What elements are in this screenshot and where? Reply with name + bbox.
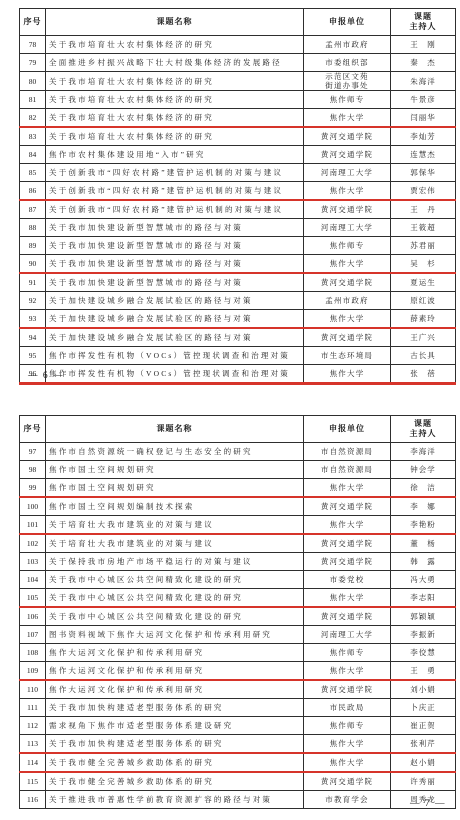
table-row: 115关于我市健全完善城乡救助体系的研究黄河交通学院许秀丽	[20, 772, 456, 791]
topics-table-page6: 序号 课题名称 申报单位 课题 主持人 78关于我市培育壮大农村集体经济的研究孟…	[19, 8, 456, 385]
page-number-7: — 7 —	[410, 799, 446, 809]
topic-leader: 原红波	[391, 292, 456, 310]
applicant-unit: 焦作大学	[304, 109, 391, 128]
row-number: 101	[20, 516, 46, 535]
row-number: 106	[20, 607, 46, 626]
table-row: 107图书资料视域下焦作大运河文化保护和传承利用研究河南理工大学李振新	[20, 626, 456, 644]
topic-title: 关于我市培育壮大农村集体经济的研究	[46, 72, 304, 91]
column-header-title: 课题名称	[46, 9, 304, 36]
table-row-red-underlined: 114关于我市健全完善城乡救助体系的研究焦作大学赵小娟	[20, 753, 456, 772]
topic-title: 关于我市中心城区公共空间精致化建设的研究	[46, 607, 304, 626]
topic-title: 焦作市自然资源统一确权登记与生态安全的研究	[46, 443, 304, 461]
row-number: 107	[20, 626, 46, 644]
topic-leader: 古长具	[391, 347, 456, 365]
document-page: 序号 课题名称 申报单位 课题 主持人 78关于我市培育壮大农村集体经济的研究孟…	[0, 0, 460, 820]
topic-leader: 钟会学	[391, 461, 456, 479]
applicant-unit: 黄河交通学院	[304, 200, 391, 219]
table-row: 80关于我市培育壮大农村集体经济的研究示范区文苑 街道办事处朱海洋	[20, 72, 456, 91]
topic-title: 关于我市加快建设新型智慧城市的路径与对策	[46, 219, 304, 237]
table-row: 100焦作市国土空间规划编制技术探索黄河交通学院李 娜	[20, 497, 456, 516]
applicant-unit: 焦作师专	[304, 644, 391, 662]
topic-leader: 苏君丽	[391, 237, 456, 255]
table-row: 110焦作大运河文化保护和传承利用研究黄河交通学院刘小娟	[20, 680, 456, 699]
topic-leader: 徐 洁	[391, 479, 456, 498]
topic-leader: 李艳粉	[391, 516, 456, 535]
topic-leader: 秦 杰	[391, 54, 456, 72]
topic-leader: 李海洋	[391, 443, 456, 461]
row-number: 105	[20, 589, 46, 608]
table-row: 97焦作市自然资源统一确权登记与生态安全的研究市自然资源局李海洋	[20, 443, 456, 461]
table-row-red-underlined: 105关于我市中心城区公共空间精致化建设的研究焦作大学李志阳	[20, 589, 456, 608]
topic-leader: 吴 杉	[391, 255, 456, 274]
applicant-unit: 黄河交通学院	[304, 146, 391, 164]
topic-leader: 闫丽华	[391, 109, 456, 128]
row-number: 84	[20, 146, 46, 164]
applicant-unit: 黄河交通学院	[304, 553, 391, 571]
row-number: 103	[20, 553, 46, 571]
table-row: 85关于创新我市“四好农村路”建管护运机制的对策与建议河南理工大学郭保华	[20, 164, 456, 182]
applicant-unit: 市自然资源局	[304, 443, 391, 461]
row-number: 100	[20, 497, 46, 516]
applicant-unit: 黄河交通学院	[304, 127, 391, 146]
applicant-unit: 焦作大学	[304, 365, 391, 384]
row-number: 86	[20, 182, 46, 201]
topic-title: 焦作市国土空间规划研究	[46, 479, 304, 498]
topic-leader: 李灿芳	[391, 127, 456, 146]
topic-title: 焦作市国土空间规划研究	[46, 461, 304, 479]
table-row: 112需求视角下焦作市适老型服务体系建设研究焦作师专崔正贺	[20, 717, 456, 735]
table-row: 83关于我市培育壮大农村集体经济的研究黄河交通学院李灿芳	[20, 127, 456, 146]
topic-title: 焦作市农村集体建设用地“入市”研究	[46, 146, 304, 164]
topic-title: 图书资料视域下焦作大运河文化保护和传承利用研究	[46, 626, 304, 644]
applicant-unit: 焦作大学	[304, 516, 391, 535]
table-row-red-underlined: 109焦作大运河文化保护和传承利用研究焦作大学王 勇	[20, 662, 456, 681]
topic-leader: 李振新	[391, 626, 456, 644]
row-number: 91	[20, 273, 46, 292]
table-row: 84焦作市农村集体建设用地“入市”研究黄河交通学院连慧杰	[20, 146, 456, 164]
row-number: 110	[20, 680, 46, 699]
topic-title: 焦作大运河文化保护和传承利用研究	[46, 644, 304, 662]
row-number: 85	[20, 164, 46, 182]
table-row-red-underlined: 101关于培育壮大我市建筑业的对策与建议焦作大学李艳粉	[20, 516, 456, 535]
applicant-unit: 示范区文苑 街道办事处	[304, 72, 391, 91]
topic-title: 关于我市加快建设新型智慧城市的路径与对策	[46, 273, 304, 292]
topic-title: 关于我市加快建设新型智慧城市的路径与对策	[46, 255, 304, 274]
row-number: 88	[20, 219, 46, 237]
topic-title: 关于培育壮大我市建筑业的对策与建议	[46, 534, 304, 553]
applicant-unit: 河南理工大学	[304, 626, 391, 644]
topic-leader: 董 杨	[391, 534, 456, 553]
applicant-unit: 焦作师专	[304, 237, 391, 255]
topic-title: 焦作市挥发性有机物（VOCs）管控现状调查和治理对策	[46, 365, 304, 384]
column-header-number: 序号	[20, 416, 46, 443]
topic-leader: 王 丹	[391, 200, 456, 219]
applicant-unit: 市生态环境局	[304, 347, 391, 365]
row-number: 90	[20, 255, 46, 274]
row-number: 111	[20, 699, 46, 717]
applicant-unit: 市民政局	[304, 699, 391, 717]
applicant-unit: 黄河交通学院	[304, 607, 391, 626]
topic-leader: 王广兴	[391, 328, 456, 347]
row-number: 97	[20, 443, 46, 461]
table-row: 95焦作市挥发性有机物（VOCs）管控现状调查和治理对策市生态环境局古长具	[20, 347, 456, 365]
row-number: 102	[20, 534, 46, 553]
applicant-unit: 黄河交通学院	[304, 328, 391, 347]
topic-leader: 郭颖颖	[391, 607, 456, 626]
table-row-red-underlined: 96焦作市挥发性有机物（VOCs）管控现状调查和治理对策焦作大学张 蓓	[20, 365, 456, 384]
topic-leader: 卜庆正	[391, 699, 456, 717]
table-row: 88关于我市加快建设新型智慧城市的路径与对策河南理工大学王筱超	[20, 219, 456, 237]
table-row-red-underlined: 93关于加快建设城乡融合发展试验区的路径与对策焦作大学薛素玲	[20, 310, 456, 329]
topic-title: 焦作市国土空间规划编制技术探索	[46, 497, 304, 516]
column-header-leader: 课题 主持人	[391, 9, 456, 36]
topic-leader: 李 娜	[391, 497, 456, 516]
topic-title: 全面推进乡村振兴战略下壮大村级集体经济的发展路径	[46, 54, 304, 72]
row-number: 95	[20, 347, 46, 365]
topic-title: 关于我市培育壮大农村集体经济的研究	[46, 36, 304, 54]
row-number: 94	[20, 328, 46, 347]
topic-leader: 冯大勇	[391, 571, 456, 589]
topic-title: 关于我市中心城区公共空间精致化建设的研究	[46, 589, 304, 608]
table-row: 92关于加快建设城乡融合发展试验区的路径与对策孟州市政府原红波	[20, 292, 456, 310]
topic-leader: 薛素玲	[391, 310, 456, 329]
topic-leader: 张 蓓	[391, 365, 456, 384]
table-row: 89关于我市加快建设新型智慧城市的路径与对策焦作师专苏君丽	[20, 237, 456, 255]
topic-title: 关于培育壮大我市建筑业的对策与建议	[46, 516, 304, 535]
topics-table-page7: 序号 课题名称 申报单位 课题 主持人 97焦作市自然资源统一确权登记与生态安全…	[19, 415, 456, 809]
row-number: 112	[20, 717, 46, 735]
applicant-unit: 市自然资源局	[304, 461, 391, 479]
topic-leader: 王筱超	[391, 219, 456, 237]
topic-leader: 刘小娟	[391, 680, 456, 699]
applicant-unit: 焦作师专	[304, 717, 391, 735]
table-row-red-underlined: 86关于创新我市“四好农村路”建管护运机制的对策与建议焦作大学贾宏伟	[20, 182, 456, 201]
table-row: 103关于保持我市房地产市场平稳运行的对策与建议黄河交通学院韩 露	[20, 553, 456, 571]
table-row: 79全面推进乡村振兴战略下壮大村级集体经济的发展路径市委组织部秦 杰	[20, 54, 456, 72]
topic-leader: 韩 露	[391, 553, 456, 571]
topic-leader: 张利芹	[391, 735, 456, 754]
row-number: 93	[20, 310, 46, 329]
topic-leader: 贾宏伟	[391, 182, 456, 201]
column-header-unit: 申报单位	[304, 416, 391, 443]
topic-title: 关于创新我市“四好农村路”建管护运机制的对策与建议	[46, 182, 304, 201]
table-row-red-underlined: 82关于我市培育壮大农村集体经济的研究焦作大学闫丽华	[20, 109, 456, 128]
table-row-red-underlined: 99焦作市国土空间规划研究焦作大学徐 洁	[20, 479, 456, 498]
row-number: 98	[20, 461, 46, 479]
applicant-unit: 黄河交通学院	[304, 534, 391, 553]
topic-title: 关于创新我市“四好农村路”建管护运机制的对策与建议	[46, 164, 304, 182]
applicant-unit: 黄河交通学院	[304, 273, 391, 292]
table-row: 108焦作大运河文化保护和传承利用研究焦作师专李佼慧	[20, 644, 456, 662]
table-row-red-underlined: 113关于我市加快构建适老型服务体系的研究焦作大学张利芹	[20, 735, 456, 754]
row-number: 116	[20, 791, 46, 809]
topic-leader: 李志阳	[391, 589, 456, 608]
topic-leader: 牛景彦	[391, 91, 456, 109]
topic-title: 关于我市中心城区公共空间精致化建设的研究	[46, 571, 304, 589]
row-number: 99	[20, 479, 46, 498]
table-row: 81关于我市培育壮大农村集体经济的研究焦作师专牛景彦	[20, 91, 456, 109]
row-number: 81	[20, 91, 46, 109]
table-header-row: 序号 课题名称 申报单位 课题 主持人	[20, 416, 456, 443]
topic-title: 需求视角下焦作市适老型服务体系建设研究	[46, 717, 304, 735]
topic-title: 关于推进我市普惠性学前教育资源扩容的路径与对策	[46, 791, 304, 809]
topic-title: 关于我市培育壮大农村集体经济的研究	[46, 109, 304, 128]
row-number: 80	[20, 72, 46, 91]
table-row: 94关于加快建设城乡融合发展试验区的路径与对策黄河交通学院王广兴	[20, 328, 456, 347]
applicant-unit: 黄河交通学院	[304, 680, 391, 699]
applicant-unit: 焦作大学	[304, 310, 391, 329]
row-number: 83	[20, 127, 46, 146]
row-number: 115	[20, 772, 46, 791]
row-number: 114	[20, 753, 46, 772]
topic-title: 关于创新我市“四好农村路”建管护运机制的对策与建议	[46, 200, 304, 219]
applicant-unit: 焦作大学	[304, 589, 391, 608]
row-number: 79	[20, 54, 46, 72]
row-number: 108	[20, 644, 46, 662]
row-number: 92	[20, 292, 46, 310]
page-number-6: — 6 —	[28, 371, 64, 381]
table-row: 98焦作市国土空间规划研究市自然资源局钟会学	[20, 461, 456, 479]
row-number: 87	[20, 200, 46, 219]
topic-title: 关于我市培育壮大农村集体经济的研究	[46, 127, 304, 146]
topic-title: 关于我市加快建设新型智慧城市的路径与对策	[46, 237, 304, 255]
table-row: 106关于我市中心城区公共空间精致化建设的研究黄河交通学院郭颖颖	[20, 607, 456, 626]
topic-title: 关于保持我市房地产市场平稳运行的对策与建议	[46, 553, 304, 571]
applicant-unit: 黄河交通学院	[304, 772, 391, 791]
table-header-row: 序号 课题名称 申报单位 课题 主持人	[20, 9, 456, 36]
topic-leader: 朱海洋	[391, 72, 456, 91]
applicant-unit: 焦作大学	[304, 479, 391, 498]
applicant-unit: 黄河交通学院	[304, 497, 391, 516]
table-row-red-underlined: 90关于我市加快建设新型智慧城市的路径与对策焦作大学吴 杉	[20, 255, 456, 274]
applicant-unit: 市委组织部	[304, 54, 391, 72]
topic-title: 关于我市培育壮大农村集体经济的研究	[46, 91, 304, 109]
topic-leader: 李佼慧	[391, 644, 456, 662]
applicant-unit: 焦作大学	[304, 255, 391, 274]
topic-title: 焦作大运河文化保护和传承利用研究	[46, 680, 304, 699]
applicant-unit: 市教育学会	[304, 791, 391, 809]
row-number: 78	[20, 36, 46, 54]
topic-leader: 赵小娟	[391, 753, 456, 772]
topic-leader: 连慧杰	[391, 146, 456, 164]
applicant-unit: 焦作师专	[304, 91, 391, 109]
row-number: 89	[20, 237, 46, 255]
applicant-unit: 焦作大学	[304, 662, 391, 681]
applicant-unit: 河南理工大学	[304, 164, 391, 182]
topic-title: 关于我市加快构建适老型服务体系的研究	[46, 735, 304, 754]
row-number: 104	[20, 571, 46, 589]
table-row: 78关于我市培育壮大农村集体经济的研究孟州市政府王 刚	[20, 36, 456, 54]
applicant-unit: 孟州市政府	[304, 292, 391, 310]
topic-title: 焦作市挥发性有机物（VOCs）管控现状调查和治理对策	[46, 347, 304, 365]
row-number: 109	[20, 662, 46, 681]
table-row: 91关于我市加快建设新型智慧城市的路径与对策黄河交通学院夏运生	[20, 273, 456, 292]
topic-leader: 王 刚	[391, 36, 456, 54]
topic-title: 焦作大运河文化保护和传承利用研究	[46, 662, 304, 681]
table-row: 104关于我市中心城区公共空间精致化建设的研究市委党校冯大勇	[20, 571, 456, 589]
column-header-unit: 申报单位	[304, 9, 391, 36]
topic-title: 关于我市加快构建适老型服务体系的研究	[46, 699, 304, 717]
topic-title: 关于加快建设城乡融合发展试验区的路径与对策	[46, 292, 304, 310]
applicant-unit: 焦作大学	[304, 753, 391, 772]
topic-leader: 许秀丽	[391, 772, 456, 791]
column-header-leader: 课题 主持人	[391, 416, 456, 443]
topic-title: 关于加快建设城乡融合发展试验区的路径与对策	[46, 310, 304, 329]
table-row: 116关于推进我市普惠性学前教育资源扩容的路径与对策市教育学会周秀龙	[20, 791, 456, 809]
topic-title: 关于加快建设城乡融合发展试验区的路径与对策	[46, 328, 304, 347]
table-row: 102关于培育壮大我市建筑业的对策与建议黄河交通学院董 杨	[20, 534, 456, 553]
applicant-unit: 市委党校	[304, 571, 391, 589]
row-number: 113	[20, 735, 46, 754]
table-row: 111关于我市加快构建适老型服务体系的研究市民政局卜庆正	[20, 699, 456, 717]
applicant-unit: 焦作大学	[304, 182, 391, 201]
applicant-unit: 孟州市政府	[304, 36, 391, 54]
topic-leader: 崔正贺	[391, 717, 456, 735]
column-header-number: 序号	[20, 9, 46, 36]
table-row: 87关于创新我市“四好农村路”建管护运机制的对策与建议黄河交通学院王 丹	[20, 200, 456, 219]
applicant-unit: 焦作大学	[304, 735, 391, 754]
topic-title: 关于我市健全完善城乡救助体系的研究	[46, 753, 304, 772]
topic-title: 关于我市健全完善城乡救助体系的研究	[46, 772, 304, 791]
topic-leader: 郭保华	[391, 164, 456, 182]
topic-leader: 夏运生	[391, 273, 456, 292]
topic-leader: 王 勇	[391, 662, 456, 681]
row-number: 82	[20, 109, 46, 128]
column-header-title: 课题名称	[46, 416, 304, 443]
applicant-unit: 河南理工大学	[304, 219, 391, 237]
